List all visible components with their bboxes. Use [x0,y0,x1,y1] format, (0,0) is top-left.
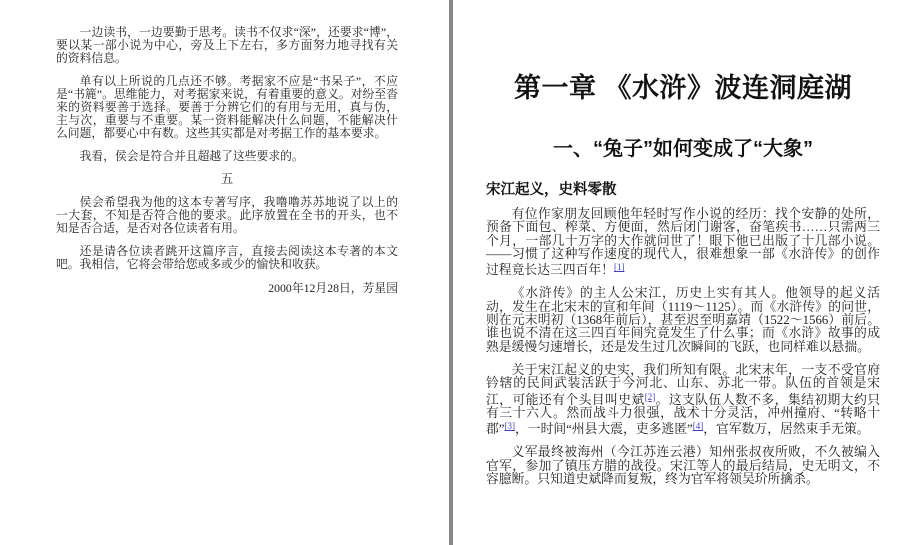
page-divider [449,0,453,545]
chapter-paragraph: 《水浒传》的主人公宋江，历史上实有其人。他领导的起义活动，发生在北宋末的宣和年间… [486,287,880,353]
preface-paragraph: 单有以上所说的几点还不够。考据家不应是“书呆子”，不应是“书簏”。思维能力，对考… [56,75,398,141]
page-right-chapter: 第一章 《水浒》波连洞庭湖 一、“兔子”如何变成了“大象” 宋江起义，史料零散 … [486,0,880,496]
preface-date-signature: 2000年12月28日，芳星园 [56,282,398,295]
section-title: 一、“兔子”如何变成了“大象” [486,137,880,161]
preface-section-number: 五 [56,173,398,186]
preface-paragraph: 我看，侯会是符合并且超越了这些要求的。 [56,150,398,163]
paragraph-text: ，一时间“州县大震，吏多逃匿” [515,422,693,436]
book-viewer: 一边读书，一边要勤于思考。读书不仅求“深”，还要求“博”，要以某一部小说为中心，… [0,0,900,545]
preface-paragraph: 一边读书，一边要勤于思考。读书不仅求“深”，还要求“博”，要以某一部小说为中心，… [56,26,398,66]
footnote-ref[interactable]: [3] [504,421,515,431]
paragraph-text: 有位作家朋友回顾他年轻时写作小说的经历：找个安静的处所，预备下面包、榨菜、方便面… [486,207,880,277]
page-left-preface: 一边读书，一边要勤于思考。读书不仅求“深”，还要求“博”，要以某一部小说为中心，… [56,26,398,295]
preface-paragraphs-after: 侯会希望我为他的这本专著写序，我噜噜苏苏地说了以上的一大套，不知是否符合他的要求… [56,196,398,271]
footnote-ref[interactable]: [1] [614,262,625,272]
preface-paragraph: 侯会希望我为他的这本专著写序，我噜噜苏苏地说了以上的一大套，不知是否符合他的要求… [56,196,398,236]
chapter-title: 第一章 《水浒》波连洞庭湖 [486,72,880,104]
chapter-paragraph: 义军最终被海州（今江苏连云港）知州张叔夜所败，不久被编入官军，参加了镇压方腊的战… [486,446,880,486]
chapter-paragraph: 关于宋江起义的史实，我们所知有限。北宋末年，一支不受官府钤辖的民间武装活跃于今河… [486,364,880,436]
chapter-paragraph: 有位作家朋友回顾他年轻时写作小说的经历：找个安静的处所，预备下面包、榨菜、方便面… [486,208,880,277]
preface-paragraph: 还是请各位读者跳开这篇序言，直接去阅读这本专著的本文吧。我相信，它将会带给您或多… [56,245,398,271]
preface-paragraphs-before: 一边读书，一边要勤于思考。读书不仅求“深”，还要求“博”，要以某一部小说为中心，… [56,26,398,163]
paragraph-text: 义军最终被海州（今江苏连云港）知州张叔夜所败，不久被编入官军，参加了镇压方腊的战… [486,445,880,486]
subsection-heading: 宋江起义，史料零散 [486,182,880,199]
footnote-ref[interactable]: [2] [645,392,656,402]
paragraph-text: ，官军数万，居然束手无策。 [703,422,869,436]
chapter-paragraphs: 有位作家朋友回顾他年轻时写作小说的经历：找个安静的处所，预备下面包、榨菜、方便面… [486,208,880,486]
paragraph-text: 《水浒传》的主人公宋江，历史上实有其人。他领导的起义活动，发生在北宋末的宣和年间… [486,286,880,353]
footnote-ref[interactable]: [4] [693,421,704,431]
